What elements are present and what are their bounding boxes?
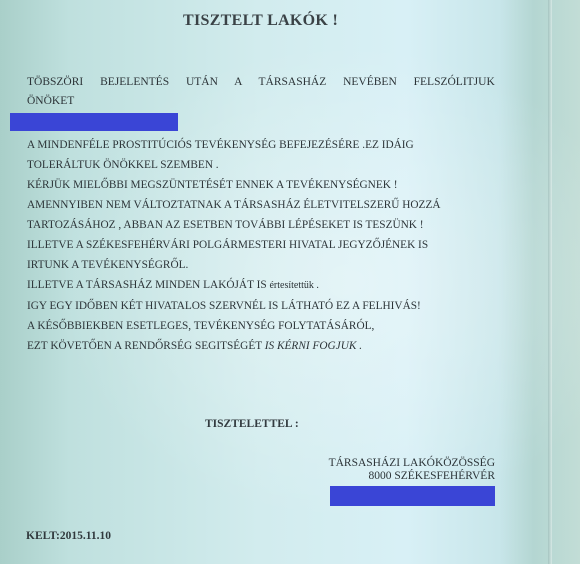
body-line: A KÉSŐBBIEKBEN ESETLEGES, TEVÉKENYSÉG FO… [27, 316, 441, 336]
intro-paragraph: TÖBSZÖRI BEJELENTÉS UTÁN A TÁRSASHÁZ NEV… [27, 73, 495, 111]
body-line: A MINDENFÉLE PROSTITÚCIÓS TEVÉKENYSÉG BE… [27, 135, 441, 155]
body-line-italic: IS KÉRNI FOGJUK . [265, 340, 362, 352]
body-line-main: EZT KÖVETŐEN A RENDŐRSÉG SEGITSÉGÉT [27, 340, 265, 352]
body-line: KÉRJÜK MIELŐBBI MEGSZÜNTETÉSÉT ENNEK A T… [27, 175, 441, 195]
body-line: IRTUNK A TEVÉKENYSÉGRŐL. [27, 255, 441, 275]
redacted-recipient-bar [10, 113, 178, 131]
body-line: ILLETVE A TÁRSASHÁZ MINDEN LAKÓJÁT IS ér… [27, 275, 441, 296]
closing-salutation: TISZTELETTEL : [205, 418, 299, 430]
body-line: TARTOZÁSÁHOZ , ABBAN AZ ESETBEN TOVÁBBI … [27, 215, 441, 235]
body-line: EZT KÖVETŐEN A RENDŐRSÉG SEGITSÉGÉT IS K… [27, 336, 441, 356]
signature-block: TÁRSASHÁZI LAKÓKÖZÖSSÉG 8000 SZÉKESFEHÉR… [305, 457, 495, 483]
body-line-small: értesítettük . [269, 280, 318, 291]
paper-fold [548, 0, 552, 564]
body-line-main: ILLETVE A TÁRSASHÁZ MINDEN LAKÓJÁT IS [27, 279, 269, 291]
issue-date: KELT:2015.11.10 [26, 530, 111, 542]
body-line: IGY EGY IDŐBEN KÉT HIVATALOS SZERVNÉL IS… [27, 296, 441, 316]
notice-body: A MINDENFÉLE PROSTITÚCIÓS TEVÉKENYSÉG BE… [27, 135, 441, 356]
body-line: TOLERÁLTUK ÖNÖKKEL SZEMBEN . [27, 155, 441, 175]
redacted-signature-bar [330, 486, 495, 506]
intro-line-2: ÖNÖKET [27, 92, 495, 111]
notice-title: TISZTELT LAKÓK ! [183, 12, 338, 30]
intro-line-1: TÖBSZÖRI BEJELENTÉS UTÁN A TÁRSASHÁZ NEV… [27, 73, 495, 92]
signature-city: 8000 SZÉKESFEHÉRVÉR [305, 470, 495, 483]
body-line: AMENNYIBEN NEM VÁLTOZTATNAK A TÁRSASHÁZ … [27, 195, 441, 215]
signature-org: TÁRSASHÁZI LAKÓKÖZÖSSÉG [305, 457, 495, 470]
body-line: ILLETVE A SZÉKESFEHÉRVÁRI POLGÁRMESTERI … [27, 235, 441, 255]
